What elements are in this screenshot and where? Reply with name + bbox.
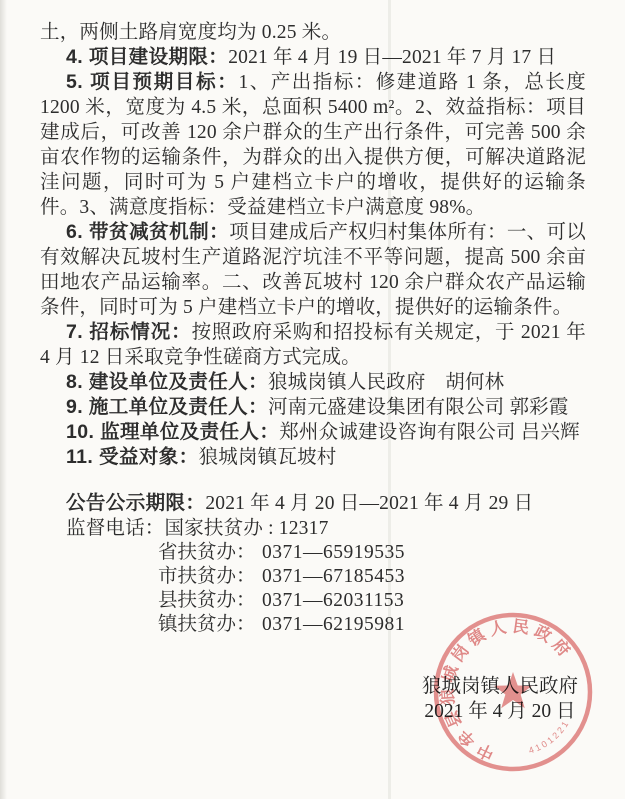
hotline-number: 0371—67185453 [262, 565, 405, 589]
section-label: 5. 项目预期目标： [66, 71, 239, 93]
section-label: 7. 招标情况： [66, 321, 192, 343]
section-label: 8. 建设单位及责任人： [66, 371, 268, 393]
hotline-row: 市扶贫办： 0371—67185453 [158, 565, 586, 589]
supervision-line: 监督电话：国家扶贫办 : 12317 [40, 516, 586, 541]
section-text: 河南元盛建设集团有限公司 郭彩霞 [268, 397, 569, 418]
supervision-label: 监督电话： [66, 518, 165, 539]
signature-date: 2021 年 4 月 20 日 [420, 699, 580, 724]
hotline-row: 省扶贫办： 0371—65919535 [158, 541, 586, 565]
hotline-label: 省扶贫办： [158, 541, 262, 565]
hotline-row: 县扶贫办： 0371—62031153 [158, 589, 586, 613]
doc-paragraph: 11. 受益对象：狼城岗镇瓦坡村 [40, 445, 586, 470]
section-label: 10. 监理单位及责任人： [66, 421, 279, 443]
doc-paragraph: 5. 项目预期目标：1、产出指标：修建道路 1 条，总长度 1200 米，宽度为… [40, 70, 586, 220]
notice-period-value: 2021 年 4 月 20 日—2021 年 4 月 29 日 [205, 493, 533, 514]
section-text: 2021 年 4 月 19 日—2021 年 7 月 17 日 [228, 47, 556, 68]
hotline-label: 市扶贫办： [158, 565, 262, 589]
notice-period-label: 公告公示期限： [66, 492, 205, 514]
hotline-number: 0371—62031153 [262, 589, 404, 613]
section-text: 狼城岗镇人民政府 胡何林 [268, 372, 504, 393]
supervision-value: 国家扶贫办 : 12317 [165, 518, 329, 539]
doc-paragraph: 6. 带贫减贫机制：项目建成后产权归村集体所有：一、可以有效解决瓦坡村生产道路泥… [40, 220, 586, 320]
hotline-label: 县扶贫办： [158, 589, 262, 613]
section-label: 4. 项目建设期限： [66, 46, 228, 68]
doc-paragraph: 8. 建设单位及责任人：狼城岗镇人民政府 胡何林 [40, 370, 586, 395]
notice-period-line: 公告公示期限：2021 年 4 月 20 日—2021 年 4 月 29 日 [40, 491, 586, 516]
signature-block: 狼城岗镇人民政府 2021 年 4 月 20 日 [420, 674, 580, 724]
doc-paragraph: 土，两侧土路肩宽度均为 0.25 米。 [40, 20, 586, 45]
section-text: 狼城岗镇瓦坡村 [199, 447, 337, 468]
section-text: 1、产出指标：修建道路 1 条，总长度 1200 米，宽度为 4.5 米，总面积… [40, 72, 586, 218]
hotline-number: 0371—62195981 [262, 613, 405, 637]
announcement-page: 土，两侧土路肩宽度均为 0.25 米。4. 项目建设期限：2021 年 4 月 … [0, 0, 625, 799]
hotline-row: 镇扶贫办： 0371—62195981 [158, 613, 586, 637]
document-body: 土，两侧土路肩宽度均为 0.25 米。4. 项目建设期限：2021 年 4 月 … [40, 20, 586, 637]
scan-edge-shadow [0, 0, 7, 799]
doc-paragraph: 9. 施工单位及责任人：河南元盛建设集团有限公司 郭彩霞 [40, 395, 586, 420]
notice-block: 公告公示期限：2021 年 4 月 20 日—2021 年 4 月 29 日 监… [40, 491, 586, 637]
signature-org: 狼城岗镇人民政府 [420, 674, 580, 699]
section-label: 6. 带贫减贫机制： [66, 221, 229, 243]
hotline-list: 省扶贫办： 0371—65919535 市扶贫办： 0371—67185453 … [158, 541, 586, 637]
section-text: 郑州众诚建设咨询有限公司 吕兴辉 [279, 422, 580, 443]
section-label: 11. 受益对象： [66, 446, 199, 468]
doc-paragraph: 10. 监理单位及责任人：郑州众诚建设咨询有限公司 吕兴辉 [40, 420, 586, 445]
doc-paragraph: 4. 项目建设期限：2021 年 4 月 19 日—2021 年 7 月 17 … [40, 45, 586, 70]
hotline-label: 镇扶贫办： [158, 613, 262, 637]
section-text: 土，两侧土路肩宽度均为 0.25 米。 [40, 22, 341, 43]
section-label: 9. 施工单位及责任人： [66, 396, 268, 418]
doc-paragraph: 7. 招标情况：按照政府采购和招投标有关规定，于 2021 年 4 月 12 日… [40, 320, 586, 370]
hotline-number: 0371—65919535 [262, 541, 405, 565]
